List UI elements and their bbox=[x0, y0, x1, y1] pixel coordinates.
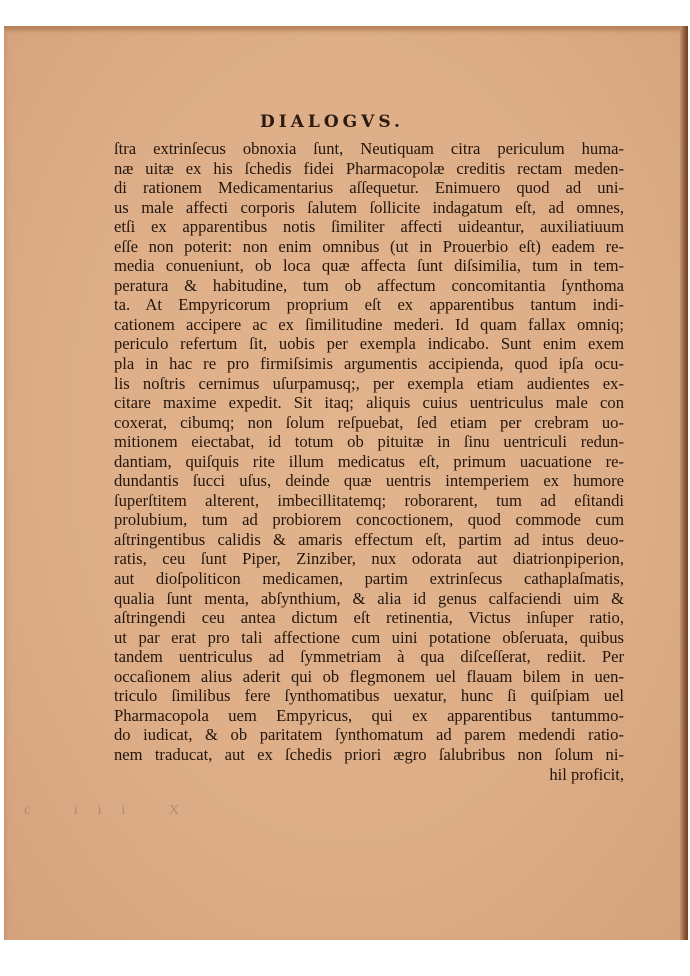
body-text: ſtra extrinſecus obnoxia ſunt, Neutiquam… bbox=[114, 139, 624, 784]
text-line: triculo ſimilibus fere ſynthomatibus uex… bbox=[114, 686, 624, 706]
text-line: Pharmacopola uem Empyricus, qui ex appar… bbox=[114, 706, 624, 726]
text-line: etſi ex apparentibus notis ſimiliter aff… bbox=[114, 217, 624, 237]
text-line: tandem uentriculus ad ſymmetriam à qua d… bbox=[114, 647, 624, 667]
text-line: citare maxime expedit. Sit itaq; aliquis… bbox=[114, 393, 624, 413]
text-line: media conueniunt, ob loca quæ affecta ſu… bbox=[114, 256, 624, 276]
page-gutter-edge bbox=[680, 26, 688, 940]
page-top-shadow bbox=[4, 26, 688, 32]
text-line: ſtra extrinſecus obnoxia ſunt, Neutiquam… bbox=[114, 139, 624, 159]
text-line: occaſionem alius aderit qui ob flegmonem… bbox=[114, 667, 624, 687]
text-line: aut dioſpoliticon medicamen, partim extr… bbox=[114, 569, 624, 589]
text-line: coxerat, cibumq; non ſolum reſpuebat, ſe… bbox=[114, 413, 624, 433]
text-line: nem traducat, aut ex ſchedis priori ægro… bbox=[114, 745, 624, 765]
text-line: aſtringendi ceu antea dictum eſt retinen… bbox=[114, 608, 624, 628]
text-line: ratis, ceu ſunt Piper, Zinziber, nux odo… bbox=[114, 549, 624, 569]
text-line: lis noſtris cernimus uſurpamusq;, per ex… bbox=[114, 374, 624, 394]
text-line: periculo refertum ſit, uobis per exempla… bbox=[114, 334, 624, 354]
text-line: do iudicat, & ob paritatem ſynthomatum a… bbox=[114, 725, 624, 745]
text-line: ta. At Empyricorum proprium eſt ex appar… bbox=[114, 295, 624, 315]
text-line: qualia ſunt menta, abſynthium, & alia id… bbox=[114, 589, 624, 609]
text-line: aſtringentibus calidis & amaris effectum… bbox=[114, 530, 624, 550]
signature-mark: c iii X bbox=[24, 803, 199, 819]
text-line: ſuperſtitem alterent, imbecillitatemq; r… bbox=[114, 491, 624, 511]
text-line: cationem accipere ac ex ſimilitudine med… bbox=[114, 315, 624, 335]
running-head: DIALOGVS. bbox=[260, 112, 480, 132]
text-line: ut par erat pro tali affectione cum uini… bbox=[114, 628, 624, 648]
text-line: eſſe non poterit: non enim omnibus (ut i… bbox=[114, 237, 624, 257]
text-line: peratura & habitudine, tum ob affectum c… bbox=[114, 276, 624, 296]
text-line: us male affecti corporis ſalutem ſollici… bbox=[114, 198, 624, 218]
text-line: pla in hac re pro firmiſsimis argumentis… bbox=[114, 354, 624, 374]
text-line: næ uitæ ex his ſchedis fidei Pharmacopol… bbox=[114, 159, 624, 179]
text-line: dantiam, quiſquis rite illum medicatus e… bbox=[114, 452, 624, 472]
text-line: dundantis ſucci uſus, deinde quæ uentris… bbox=[114, 471, 624, 491]
text-line: prolubium, tum ad probiorem concoctionem… bbox=[114, 510, 624, 530]
text-line-last: hil proficit, bbox=[114, 765, 624, 785]
text-line: mitionem eiectabat, id totum ob pituitæ … bbox=[114, 432, 624, 452]
text-line: di rationem Medicamentarius aſſequetur. … bbox=[114, 178, 624, 198]
